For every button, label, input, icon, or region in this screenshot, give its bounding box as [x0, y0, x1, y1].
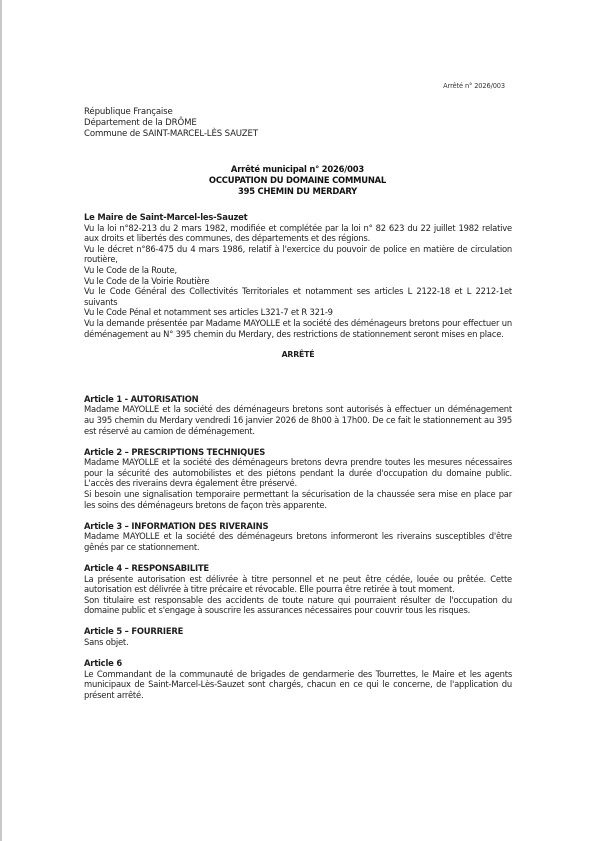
scan-edge	[0, 0, 2, 841]
article-title: Article 6	[84, 658, 512, 669]
article-paragraph: Le Commandant de la communauté de brigad…	[84, 669, 512, 701]
considerations: Vu la loi n°82-213 du 2 mars 1982, modif…	[84, 223, 512, 340]
consideration-item: Vu le Code de la Route,	[84, 265, 512, 276]
article-paragraph: La présente autorisation est délivrée à …	[84, 574, 512, 595]
title-decree-number: Arrêté municipal n° 2026/003	[0, 164, 595, 175]
article-paragraph: Madame MAYOLLE et la société des déménag…	[84, 457, 512, 489]
article-paragraph: Son titulaire est responsable des accide…	[84, 595, 512, 616]
issuer-header: République Française Département de la D…	[84, 107, 258, 140]
header-line-republic: République Française	[84, 107, 258, 118]
header-line-commune: Commune de SAINT-MARCEL-LÈS SAUZET	[84, 129, 258, 140]
article-5: Article 5 – FOURRIERE Sans objet.	[84, 626, 512, 647]
article-2: Article 2 – PRESCRIPTIONS TECHNIQUES Mad…	[84, 447, 512, 511]
article-title: Article 4 – RESPONSABILITE	[84, 563, 512, 574]
document-page: Arrêté n° 2026/003 République Française …	[0, 0, 595, 841]
consideration-item: Vu le Code de la Voirie Routière	[84, 276, 512, 287]
article-4: Article 4 – RESPONSABILITE La présente a…	[84, 563, 512, 616]
arrete-heading: ARRÊTÉ	[84, 350, 512, 361]
mayor-heading: Le Maire de Saint-Marcel-les-Sauzet	[84, 212, 512, 223]
consideration-item: Vu la loi n°82-213 du 2 mars 1982, modif…	[84, 223, 512, 244]
article-title: Article 3 – INFORMATION DES RIVERAINS	[84, 521, 512, 532]
consideration-item: Vu le décret n°86-475 du 4 mars 1986, re…	[84, 244, 512, 265]
article-paragraph: Si besoin une signalisation temporaire p…	[84, 489, 512, 510]
document-body: Le Maire de Saint-Marcel-les-Sauzet Vu l…	[84, 212, 512, 711]
article-paragraph: Madame MAYOLLE et la société des déménag…	[84, 404, 512, 436]
header-line-department: Département de la DRÔME	[84, 118, 258, 129]
article-1: Article 1 - AUTORISATION Madame MAYOLLE …	[84, 394, 512, 436]
consideration-item: Vu le Code Général des Collectivités Ter…	[84, 286, 512, 307]
article-6: Article 6 Le Commandant de la communauté…	[84, 658, 512, 700]
consideration-item: Vu le Code Pénal et notamment ses articl…	[84, 307, 512, 318]
title-address: 395 CHEMIN DU MERDARY	[0, 186, 595, 197]
consideration-item: Vu la demande présentée par Madame MAYOL…	[84, 318, 512, 339]
article-3: Article 3 – INFORMATION DES RIVERAINS Ma…	[84, 521, 512, 553]
article-title: Article 5 – FOURRIERE	[84, 626, 512, 637]
title-subject: OCCUPATION DU DOMAINE COMMUNAL	[0, 175, 595, 186]
article-paragraph: Sans objet.	[84, 637, 512, 648]
article-title: Article 2 – PRESCRIPTIONS TECHNIQUES	[84, 447, 512, 458]
document-title: Arrêté municipal n° 2026/003 OCCUPATION …	[0, 164, 595, 198]
decree-reference: Arrêté n° 2026/003	[443, 82, 505, 90]
article-paragraph: Madame MAYOLLE et la société des déménag…	[84, 531, 512, 552]
article-title: Article 1 - AUTORISATION	[84, 394, 512, 405]
